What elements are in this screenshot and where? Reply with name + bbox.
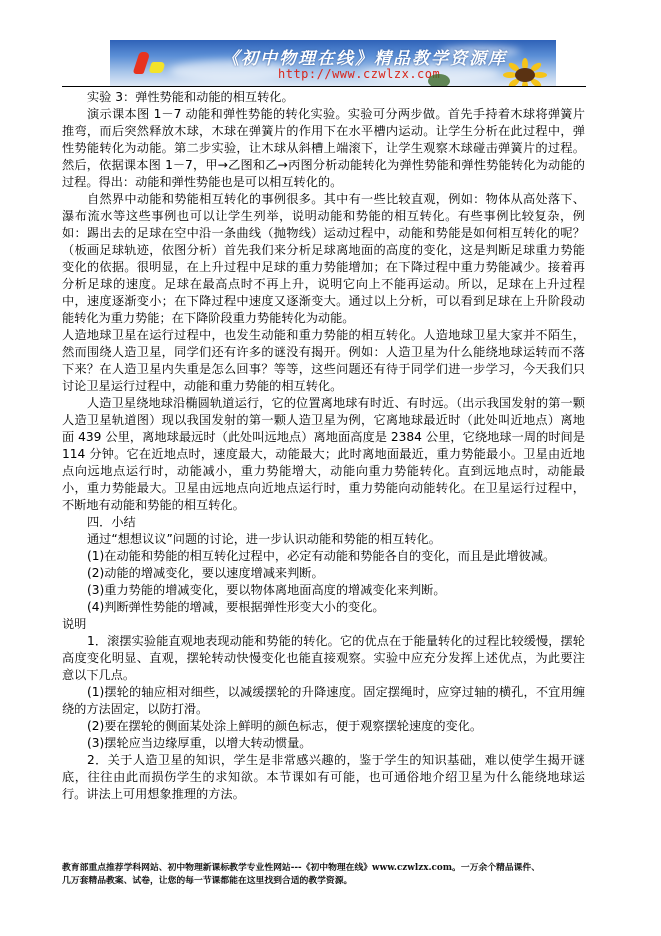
czwlzx-logo-icon bbox=[132, 52, 150, 74]
experiment-3-heading: 实验 3：弹性势能和动能的相互转化。 bbox=[62, 89, 585, 106]
paragraph-satellite-intro: 人造地球卫星在运行过程中，也发生动能和重力势能的相互转化。人造地球卫星大家并不陌… bbox=[62, 327, 585, 395]
paragraph-nature-examples: 自然界中动能和势能相互转化的事例很多。其中有一些比较直观，例如：物体从高处落下、… bbox=[62, 191, 585, 327]
note-1: 1．滚摆实验能直观地表现动能和势能的转化。它的优点在于能量转化的过程比较缓慢，摆… bbox=[62, 633, 585, 684]
site-banner: 《初中物理在线》精品教学资源库 http://www.czwlzx.com bbox=[110, 40, 556, 86]
banner-title: 《初中物理在线》精品教学资源库 bbox=[222, 44, 507, 69]
notes-heading: 说明 bbox=[62, 616, 585, 633]
page-footer: 教育部重点推荐学科网站、初中物理新课标教学专业性网站---《初中物理在线》www… bbox=[62, 862, 582, 888]
header-divider bbox=[62, 86, 586, 87]
note-2: 2．关于人造卫星的知识，学生是非常感兴趣的，鉴于学生的知识基础，难以使学生揭开谜… bbox=[62, 752, 585, 803]
summary-item-3: (3)重力势能的增减变化，要以物体离地面高度的增减变化来判断。 bbox=[62, 582, 585, 599]
summary-intro: 通过“想想议议”问题的讨论，进一步认识动能和势能的相互转化。 bbox=[62, 531, 585, 548]
footer-line-1: 教育部重点推荐学科网站、初中物理新课标教学专业性网站---《初中物理在线》www… bbox=[62, 862, 582, 875]
note-1-item-2: (2)要在摆轮的侧面某处涂上鲜明的颜色标志，便于观察摆轮速度的变化。 bbox=[62, 718, 585, 735]
summary-heading: 四．小结 bbox=[62, 514, 585, 531]
footer-line-2: 几万套精品教案、试卷，让您的每一节课都能在这里找到合适的教学资源。 bbox=[62, 875, 582, 888]
banner-url: http://www.czwlzx.com bbox=[278, 67, 440, 81]
paragraph-satellite-orbit: 人造卫星绕地球沿椭圆轨道运行，它的位置离地球有时近、有时远。（出示我国发射的第一… bbox=[62, 395, 585, 514]
sunflower-icon bbox=[500, 56, 550, 86]
paragraph-elastic-demo: 演示课本图 1－7 动能和弹性势能的转化实验。实验可分两步做。首先手持着木球将弹… bbox=[62, 106, 585, 191]
summary-item-2: (2)动能的增减变化，要以速度增减来判断。 bbox=[62, 565, 585, 582]
czwlzx-logo-accent-icon bbox=[148, 62, 166, 73]
summary-item-4: (4)判断弹性势能的增减，要根据弹性形变大小的变化。 bbox=[62, 599, 585, 616]
note-1-item-3: (3)摆轮应当边缘厚重，以增大转动惯量。 bbox=[62, 735, 585, 752]
note-1-item-1: (1)摆轮的轴应相对细些，以减缓摆轮的升降速度。固定摆绳时，应穿过轴的横孔，不宜… bbox=[62, 684, 585, 718]
document-body: 实验 3：弹性势能和动能的相互转化。 演示课本图 1－7 动能和弹性势能的转化实… bbox=[62, 89, 585, 803]
summary-item-1: (1)在动能和势能的相互转化过程中，必定有动能和势能各自的变化，而且是此增彼减。 bbox=[62, 548, 585, 565]
leaf-decoration-icon bbox=[428, 74, 450, 86]
